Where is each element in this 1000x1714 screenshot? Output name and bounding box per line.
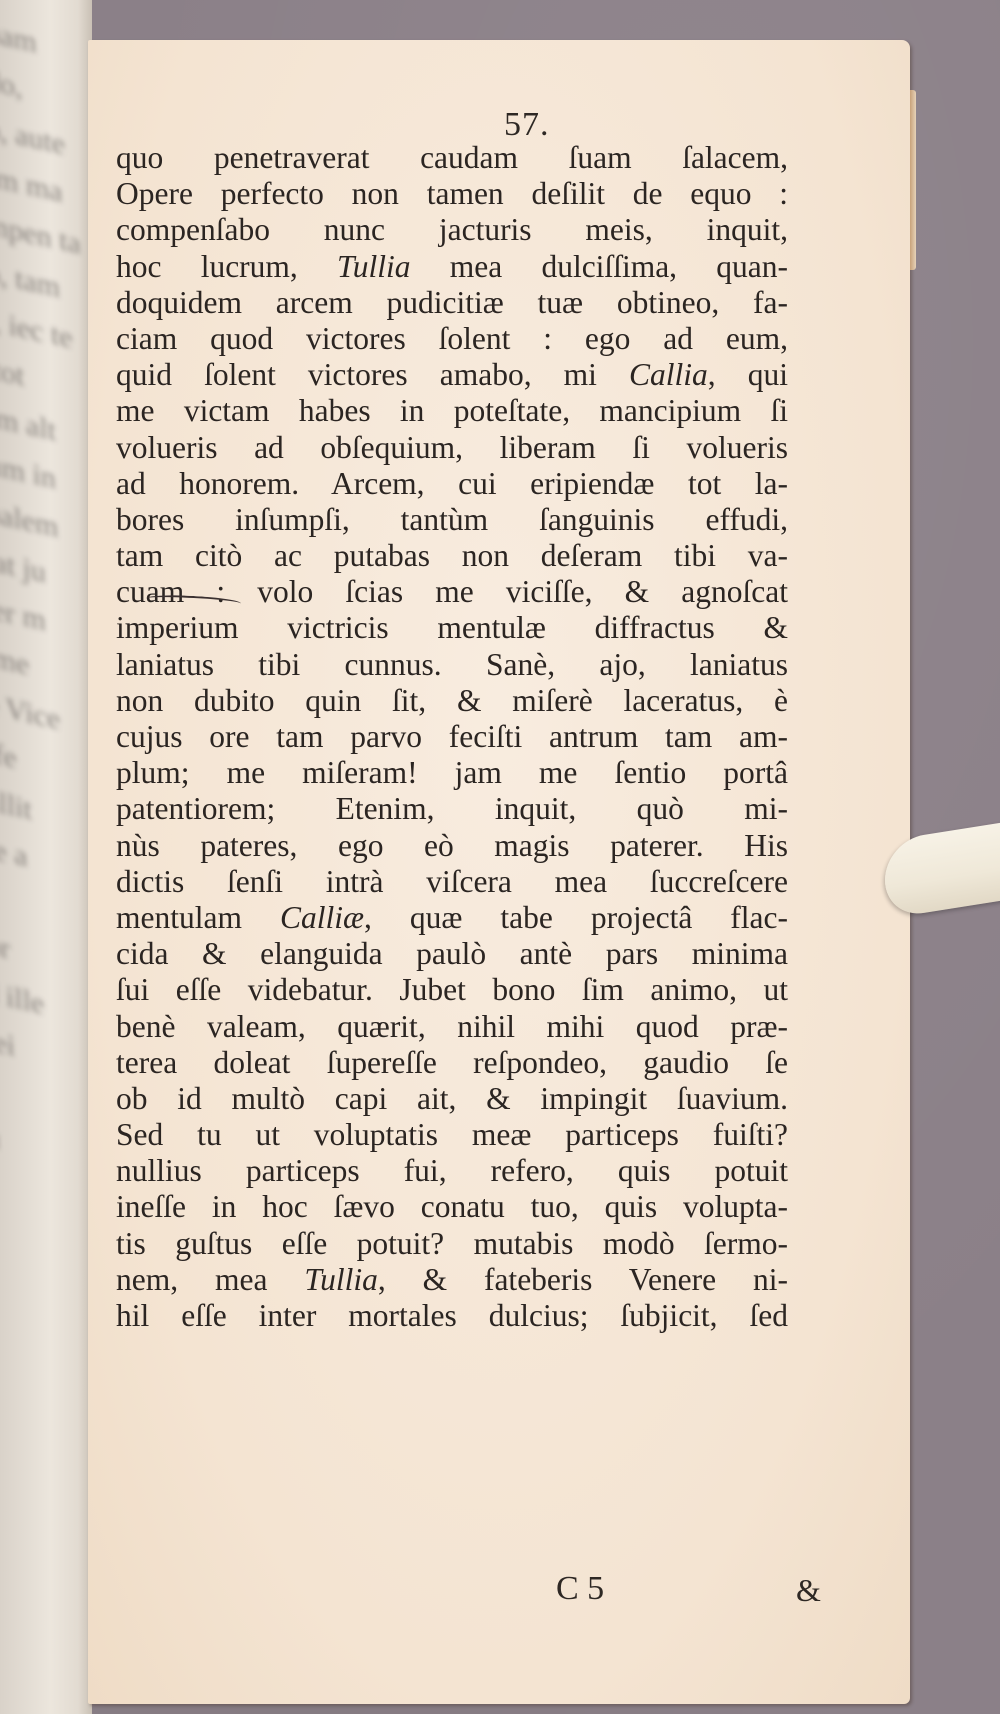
text-line: volueris ad obſequium, liberam ſi voluer… — [116, 430, 788, 466]
text-line: ciam quod victores ſolent : ego ad eum, — [116, 321, 788, 357]
text-line: plum; me miſeram! jam me ſentio portâ — [116, 755, 788, 791]
text-line: Opere perfecto non tamen deſilit de equo… — [116, 176, 788, 212]
text-line: compenſabo nunc jacturis meis, inquit, — [116, 212, 788, 248]
text-line: ineſſe in hoc ſævo conatu tuo, quis volu… — [116, 1189, 788, 1225]
text-line: tam citò ac putabas non deſeram tibi va- — [116, 538, 788, 574]
italic-name: Callia — [629, 357, 708, 392]
body-text: quo penetraverat caudam ſuam ſalacem, Op… — [116, 140, 788, 1334]
text-line: ad honorem. Arcem, cui eripiendæ tot la- — [116, 466, 788, 502]
text-line: hil eſſe inter mortales dulcius; ſubjici… — [116, 1298, 788, 1334]
text-line: dictis ſenſi intrà viſcera mea ſuccreſce… — [116, 864, 788, 900]
italic-name: Tullia — [337, 249, 411, 284]
text-line: Sed tu ut voluptatis meæ particeps fuiſt… — [116, 1117, 788, 1153]
text-line: ob id multò capi ait, & impingit ſuavium… — [116, 1081, 788, 1117]
italic-name: Tullia — [304, 1262, 378, 1297]
text-line: quid ſolent victores amabo, mi Callia, q… — [116, 357, 788, 393]
page-number: 57. — [504, 106, 550, 144]
text-line: cujus ore tam parvo feciſti antrum tam a… — [116, 719, 788, 755]
text-line: nullius particeps fui, refero, quis potu… — [116, 1153, 788, 1189]
text-line: bores inſumpſi, tantùm ſanguinis effudi, — [116, 502, 788, 538]
text-line: tis guſtus eſſe potuit? mutabis modò ſer… — [116, 1226, 788, 1262]
text-line: hoc lucrum, Tullia mea dulciſſima, quan- — [116, 249, 788, 285]
facing-page-blurred: quamndo,do, auterum maompen tabo, tamm, … — [0, 0, 92, 1714]
text-line: benè valeam, quærit, nihil mihi quod præ… — [116, 1009, 788, 1045]
text-line: non dubito quin ſit, & miſerè laceratus,… — [116, 683, 788, 719]
text-line: nùs pateres, ego eò magis paterer. His — [116, 828, 788, 864]
text-line: terea doleat ſupereſſe reſpondeo, gaudio… — [116, 1045, 788, 1081]
facing-page-text: quamndo,do, auterum maompen tabo, tamm, … — [0, 5, 92, 1235]
text-line: ſui eſſe videbatur. Jubet bono ſim animo… — [116, 972, 788, 1008]
text-line: nem, mea Tullia, & fateberis Venere ni- — [116, 1262, 788, 1298]
text-line: mentulam Calliæ, quæ tabe projectâ flac- — [116, 900, 788, 936]
text-line: cida & elanguida paulò antè pars minima — [116, 936, 788, 972]
text-line: patentiorem; Etenim, inquit, quò mi- — [116, 791, 788, 827]
text-line: imperium victricis mentulæ diffractus & — [116, 610, 788, 646]
signature-mark: C 5 — [556, 1570, 604, 1608]
text-line: laniatus tibi cunnus. Sanè, ajo, laniatu… — [116, 647, 788, 683]
text-line: me victam habes in poteſtate, mancipium … — [116, 393, 788, 429]
book-page: 57. quo penetraverat caudam ſuam ſalacem… — [88, 40, 910, 1704]
catchword: & — [796, 1572, 821, 1609]
text-line: quo penetraverat caudam ſuam ſalacem, — [116, 140, 788, 176]
italic-name: Calliæ — [280, 900, 364, 935]
text-line: doquidem arcem pudicitiæ tuæ obtineo, fa… — [116, 285, 788, 321]
